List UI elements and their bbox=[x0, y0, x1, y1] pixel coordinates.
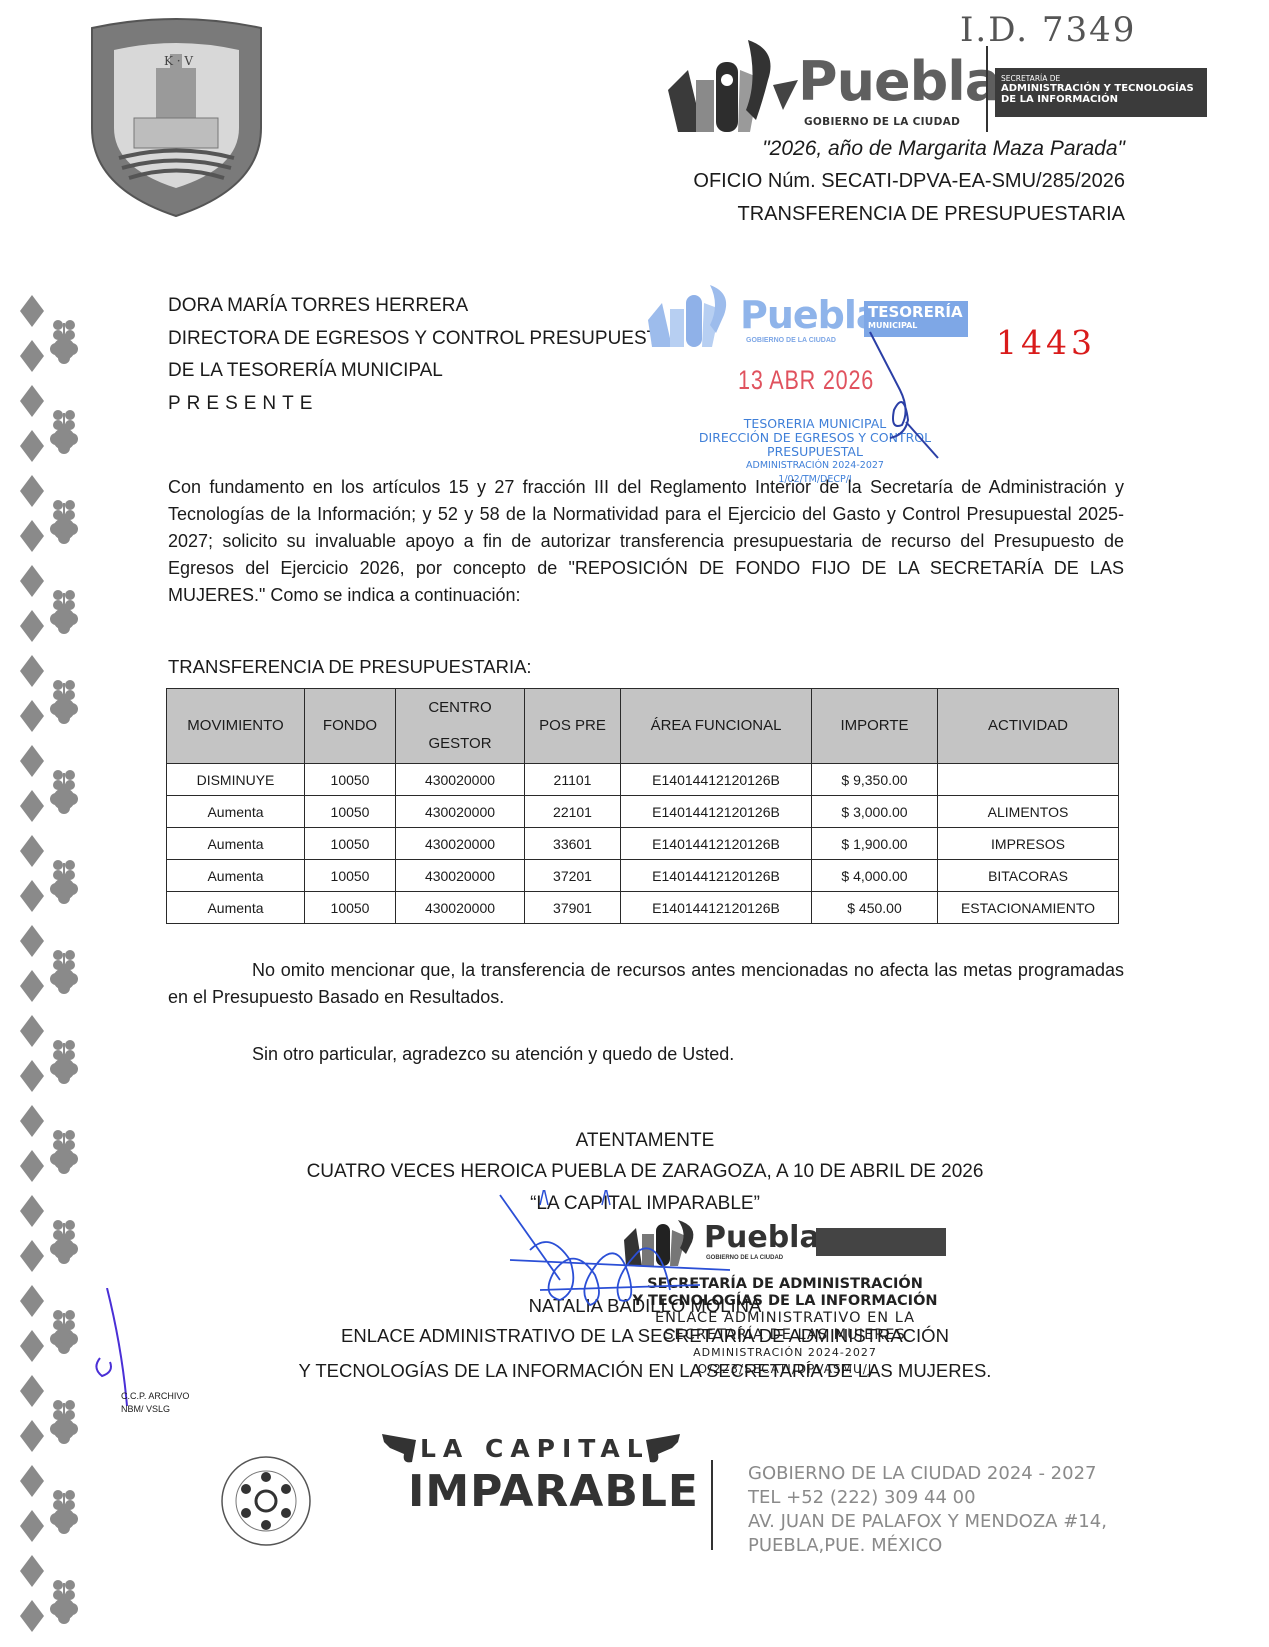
signer-role-line-2: Y TECNOLOGÍAS DE LA INFORMACIÓN EN LA SE… bbox=[0, 1360, 1269, 1382]
cell-pos-pre: 22101 bbox=[525, 796, 621, 828]
cell-movimiento: Aumenta bbox=[167, 860, 305, 892]
puebla-secati-logo: Puebla GOBIERNO DE LA CIUDAD SECRETARÍA … bbox=[668, 40, 1218, 140]
header-area-funcional: ÁREA FUNCIONAL bbox=[621, 689, 812, 764]
body-paragraph-2: No omito mencionar que, la transferencia… bbox=[168, 957, 1124, 1011]
stamp-line-2: DIRECCIÓN DE EGRESOS Y CONTROL bbox=[670, 431, 960, 445]
table-row: DISMINUYE1005043002000021101E14014412120… bbox=[167, 764, 1119, 796]
cell-centro-gestor: 430020000 bbox=[396, 764, 525, 796]
cell-centro-gestor: 430020000 bbox=[396, 860, 525, 892]
equality-norm-seal-icon bbox=[220, 1455, 312, 1547]
cell-movimiento: DISMINUYE bbox=[167, 764, 305, 796]
cell-actividad: ESTACIONAMIENTO bbox=[938, 892, 1119, 924]
cell-movimiento: Aumenta bbox=[167, 828, 305, 860]
header-movimiento: MOVIMIENTO bbox=[167, 689, 305, 764]
document-subject: TRANSFERENCIA DE PRESUPUESTARIA bbox=[738, 203, 1125, 226]
cell-importe: $ 450.00 bbox=[812, 892, 938, 924]
footer-logo-top: LA CAPITAL bbox=[420, 1434, 650, 1463]
city-skyline-logo-icon bbox=[668, 40, 798, 132]
table-header-row: MOVIMIENTO FONDO CENTROGESTOR POS PRE ÁR… bbox=[167, 689, 1119, 764]
la-capital-imparable-logo: LA CAPITAL IMPARABLE bbox=[382, 1430, 682, 1530]
cell-fondo: 10050 bbox=[305, 860, 396, 892]
table-title: TRANSFERENCIA DE PRESUPUESTARIA: bbox=[168, 656, 532, 678]
cell-centro-gestor: 430020000 bbox=[396, 796, 525, 828]
header-centro-gestor: CENTROGESTOR bbox=[396, 689, 525, 764]
table-row: Aumenta1005043002000037201E1401441212012… bbox=[167, 860, 1119, 892]
treasury-received-stamp: Puebla GOBIERNO DE LA CIUDAD TESORERÍA M… bbox=[640, 285, 970, 480]
stamp-received-date: 13 ABR 2026 bbox=[738, 365, 874, 396]
cell-actividad: ALIMENTOS bbox=[938, 796, 1119, 828]
puebla-wordmark: Puebla bbox=[798, 50, 1000, 113]
cell-actividad: BITACORAS bbox=[938, 860, 1119, 892]
cell-pos-pre: 33601 bbox=[525, 828, 621, 860]
closing-slogan: “LA CAPITAL IMPARABLE” bbox=[0, 1193, 1269, 1215]
cell-area-funcional: E14014412120126B bbox=[621, 892, 812, 924]
stamp-box-title: TESORERÍA bbox=[868, 303, 963, 321]
cell-fondo: 10050 bbox=[305, 828, 396, 860]
budget-transfer-table: MOVIMIENTO FONDO CENTROGESTOR POS PRE ÁR… bbox=[166, 688, 1119, 924]
footer-government-period: GOBIERNO DE LA CIUDAD 2024 - 2027 bbox=[748, 1462, 1107, 1486]
ccp-initials: NBM/ VSLG bbox=[121, 1403, 189, 1416]
table-row: Aumenta1005043002000033601E1401441212012… bbox=[167, 828, 1119, 860]
cell-movimiento: Aumenta bbox=[167, 796, 305, 828]
cell-fondo: 10050 bbox=[305, 892, 396, 924]
logo-divider bbox=[986, 46, 988, 132]
secretaria-name-line1: ADMINISTRACIÓN Y TECNOLOGÍAS bbox=[1001, 83, 1207, 94]
stamp-line-3: PRESUPUESTAL bbox=[670, 445, 960, 459]
cell-fondo: 10050 bbox=[305, 764, 396, 796]
body-paragraph-3: Sin otro particular, agradezco su atenci… bbox=[252, 1044, 734, 1065]
city-coat-of-arms-crest: K · V bbox=[84, 18, 269, 218]
recipient-block: DORA MARÍA TORRES HERRERA DIRECTORA DE E… bbox=[168, 290, 680, 420]
header-actividad: ACTIVIDAD bbox=[938, 689, 1119, 764]
header-importe: IMPORTE bbox=[812, 689, 938, 764]
ccp-block: C.C.P. ARCHIVO NBM/ VSLG bbox=[121, 1390, 189, 1416]
recipient-greeting: PRESENTE bbox=[168, 388, 680, 421]
year-motto: "2026, año de Margarita Maza Parada" bbox=[762, 137, 1125, 161]
stamp-tesoreria-box: TESORERÍA MUNICIPAL bbox=[864, 301, 968, 337]
recipient-office: DE LA TESORERÍA MUNICIPAL bbox=[168, 355, 680, 388]
stamp-box-subtitle: MUNICIPAL bbox=[868, 321, 968, 330]
closing-salutation: ATENTAMENTE bbox=[0, 1130, 1269, 1152]
body-paragraph-1: Con fundamento en los artículos 15 y 27 … bbox=[168, 474, 1124, 609]
stamp-logo-subtitle: GOBIERNO DE LA CIUDAD bbox=[746, 337, 836, 344]
stamp-line-1: TESORERIA MUNICIPAL bbox=[670, 417, 960, 431]
header-fondo: FONDO bbox=[305, 689, 396, 764]
signer-role-line-1: ENLACE ADMINISTRATIVO DE LA SECRETARÍA D… bbox=[0, 1325, 1269, 1347]
decorative-border-pattern bbox=[18, 295, 78, 1645]
logo-subtitle: GOBIERNO DE LA CIUDAD bbox=[804, 116, 960, 128]
sender-stamp-line-1: SECRETARÍA DE ADMINISTRACIÓN bbox=[647, 1276, 923, 1292]
table-row: Aumenta1005043002000037901E1401441212012… bbox=[167, 892, 1119, 924]
cell-fondo: 10050 bbox=[305, 796, 396, 828]
recipient-title: DIRECTORA DE EGRESOS Y CONTROL PRESUPUES… bbox=[168, 323, 680, 356]
stamp-label-box bbox=[816, 1228, 946, 1256]
recipient-name: DORA MARÍA TORRES HERRERA bbox=[168, 290, 680, 323]
closing-place-date: CUATRO VECES HEROICA PUEBLA DE ZARAGOZA,… bbox=[0, 1161, 1269, 1183]
cell-actividad: IMPRESOS bbox=[938, 828, 1119, 860]
header-pos-pre: POS PRE bbox=[525, 689, 621, 764]
cell-centro-gestor: 430020000 bbox=[396, 892, 525, 924]
cell-pos-pre: 37201 bbox=[525, 860, 621, 892]
stamp-logo-subtitle: GOBIERNO DE LA CIUDAD bbox=[706, 1255, 783, 1261]
folio-number: 1443 bbox=[996, 323, 1096, 362]
signer-name: NATALIA BADILLO MOLINA bbox=[0, 1295, 1269, 1317]
svg-text:K · V: K · V bbox=[164, 54, 193, 68]
secati-sender-stamp: Puebla GOBIERNO DE LA CIUDAD SECRETARÍA … bbox=[620, 1220, 950, 1420]
footer-phone: TEL +52 (222) 309 44 00 bbox=[748, 1486, 1107, 1510]
cell-importe: $ 1,900.00 bbox=[812, 828, 938, 860]
ccp-archivo: C.C.P. ARCHIVO bbox=[121, 1390, 189, 1403]
secretaria-name-line2: DE LA INFORMACIÓN bbox=[1001, 94, 1207, 105]
footer-contact-info: GOBIERNO DE LA CIUDAD 2024 - 2027 TEL +5… bbox=[748, 1462, 1107, 1558]
cell-actividad bbox=[938, 764, 1119, 796]
stamp-puebla-wordmark: Puebla bbox=[740, 293, 881, 337]
cell-centro-gestor: 430020000 bbox=[396, 828, 525, 860]
stamp-puebla-wordmark: Puebla bbox=[704, 1220, 820, 1255]
cell-movimiento: Aumenta bbox=[167, 892, 305, 924]
paragraph-1-closing: Como se indica a continuación: bbox=[265, 585, 520, 605]
cell-pos-pre: 37901 bbox=[525, 892, 621, 924]
cell-importe: $ 3,000.00 bbox=[812, 796, 938, 828]
footer-address-line-2: PUEBLA,PUE. MÉXICO bbox=[748, 1534, 1107, 1558]
footer-divider bbox=[711, 1460, 713, 1550]
secretaria-prefix: SECRETARÍA DE bbox=[1001, 74, 1207, 83]
oficio-number: OFICIO Núm. SECATI-DPVA-EA-SMU/285/2026 bbox=[693, 170, 1125, 193]
left-wing-icon bbox=[382, 1430, 418, 1466]
right-wing-icon bbox=[644, 1430, 680, 1466]
footer-address-line-1: AV. JUAN DE PALAFOX Y MENDOZA #14, bbox=[748, 1510, 1107, 1534]
cell-area-funcional: E14014412120126B bbox=[621, 764, 812, 796]
stamp-line-4: ADMINISTRACIÓN 2024-2027 bbox=[670, 459, 960, 473]
footer-logo-bottom: IMPARABLE bbox=[408, 1466, 699, 1517]
table-row: Aumenta1005043002000022101E1401441212012… bbox=[167, 796, 1119, 828]
cell-importe: $ 9,350.00 bbox=[812, 764, 938, 796]
stamp-skyline-icon bbox=[640, 285, 740, 347]
secretaria-label-box: SECRETARÍA DE ADMINISTRACIÓN Y TECNOLOGÍ… bbox=[995, 68, 1207, 117]
stamp-skyline-icon bbox=[620, 1220, 704, 1266]
cell-pos-pre: 21101 bbox=[525, 764, 621, 796]
cell-importe: $ 4,000.00 bbox=[812, 860, 938, 892]
cell-area-funcional: E14014412120126B bbox=[621, 796, 812, 828]
cell-area-funcional: E14014412120126B bbox=[621, 828, 812, 860]
cell-area-funcional: E14014412120126B bbox=[621, 860, 812, 892]
